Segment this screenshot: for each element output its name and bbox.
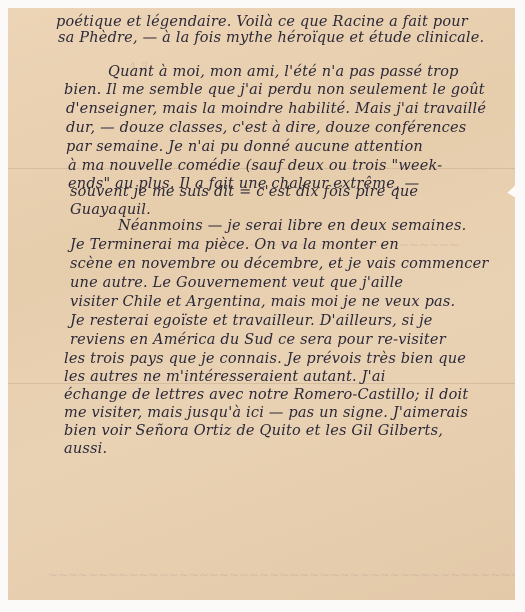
text-line: échange de lettres avec notre Romero-Cas… — [64, 387, 468, 403]
text-line: aussi. — [64, 441, 107, 457]
text-line: sa Phèdre, — à la fois mythe héroïque et… — [58, 30, 484, 46]
text-line: Quant à moi, mon ami, l'été n'a pas pass… — [108, 64, 459, 80]
text-line: souvent je me suis dit = c'est dix fois … — [70, 184, 418, 200]
text-line: Je Terminerai ma pièce. On va la monter … — [70, 237, 399, 253]
text-line: Néanmoins — je serai libre en deux semai… — [118, 218, 466, 234]
text-line: reviens en América du Sud ce sera pour r… — [70, 332, 446, 348]
text-line: les trois pays que je connais. Je prévoi… — [64, 351, 466, 367]
text-line: Je resterai egoïste et travailleur. D'ai… — [70, 313, 433, 329]
text-line: visiter Chile et Argentina, mais moi je … — [70, 294, 455, 310]
text-line: les autres ne m'intéresseraient autant. … — [64, 369, 386, 385]
text-line: à ma nouvelle comédie (sauf deux ou troi… — [68, 158, 442, 174]
letter-page: A.3 ~~~~~~~~~~~~~~~~~~~~~~~~~ ~~~~~~~~~~… — [8, 8, 515, 600]
letter-body: poétique et légendaire. Voilà ce que Rac… — [8, 8, 515, 600]
text-line: Guayaquil. — [70, 202, 151, 218]
text-line: d'enseigner, mais la moindre habilité. M… — [66, 101, 486, 117]
text-line: par semaine. Je n'ai pu donné aucune att… — [66, 139, 423, 155]
text-line: scène en novembre ou décembre, et je vai… — [70, 256, 489, 272]
text-line: bien. Il me semble que j'ai perdu non se… — [64, 82, 485, 98]
text-line: une autre. Le Gouvernement veut que j'ai… — [70, 275, 403, 291]
text-line: bien voir Señora Ortiz de Quito et les G… — [64, 423, 443, 439]
text-line: poétique et légendaire. Voilà ce que Rac… — [56, 14, 468, 30]
text-line: dur, — douze classes, c'est à dire, douz… — [66, 120, 466, 136]
text-line: me visiter, mais jusqu'à ici — pas un si… — [64, 405, 468, 421]
